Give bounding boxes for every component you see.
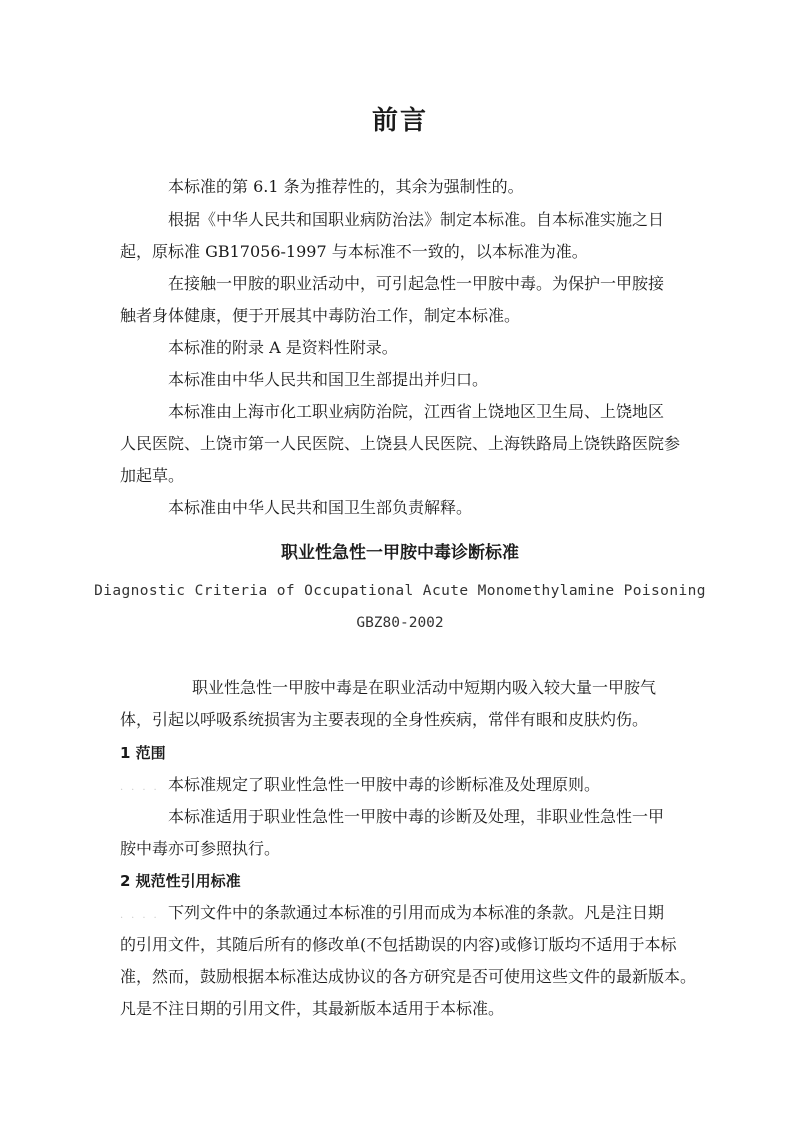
standard-code: GBZ80-2002: [0, 613, 800, 633]
foreword-title: 前言: [0, 100, 800, 137]
foreword-paragraph: 本标准的附录 A 是资料性附录。: [168, 338, 398, 358]
standard-title-en: Diagnostic Criteria of Occupational Acut…: [0, 581, 800, 601]
foreword-paragraph: 在接触一甲胺的职业活动中，可引起急性一甲胺中毒。为保护一甲胺接: [168, 274, 664, 294]
foreword-paragraph: 本标准由上海市化工职业病防治院，江西省上饶地区卫生局、上饶地区: [168, 402, 664, 422]
section-text: 本标准适用于职业性急性一甲胺中毒的诊断及处理，非职业性急性一甲: [168, 807, 664, 827]
foreword-paragraph: 根据《中华人民共和国职业病防治法》制定本标准。自本标准实施之日: [168, 210, 664, 230]
foreword-paragraph-cont: 加起草。: [120, 466, 184, 486]
section-text-cont: 胺中毒亦可参照执行。: [120, 839, 280, 859]
foreword-paragraph: 本标准的第 6.1 条为推荐性的，其余为强制性的。: [168, 177, 524, 197]
foreword-paragraph-cont: 触者身体健康，便于开展其中毒防治工作，制定本标准。: [120, 306, 520, 326]
foreword-paragraph-cont: 起，原标准 GB17056-1997 与本标准不一致的，以本标准为准。: [120, 242, 588, 262]
section-text: 下列文件中的条款通过本标准的引用而成为本标准的条款。凡是注日期: [168, 903, 664, 923]
intro-paragraph-cont: 体，引起以呼吸系统损害为主要表现的全身性疾病，常伴有眼和皮肤灼伤。: [120, 710, 648, 730]
foreword-paragraph: 本标准由中华人民共和国卫生部负责解释。: [168, 498, 472, 518]
foreword-paragraph-cont: 人民医院、上饶市第一人民医院、上饶县人民医院、上海铁路局上饶铁路医院参: [120, 434, 680, 454]
section-heading-scope: 1 范围: [120, 743, 166, 763]
intro-paragraph: 职业性急性一甲胺中毒是在职业活动中短期内吸入较大量一甲胺气: [192, 678, 656, 698]
standard-title-cn: 职业性急性一甲胺中毒诊断标准: [0, 543, 800, 563]
section-text-cont: 的引用文件，其随后所有的修改单(不包括勘误的内容)或修订版均不适用于本标: [120, 935, 677, 955]
indent-marks: ....: [120, 782, 165, 793]
section-text: 本标准规定了职业性急性一甲胺中毒的诊断标准及处理原则。: [168, 775, 600, 795]
document-page: 前言 本标准的第 6.1 条为推荐性的，其余为强制性的。 根据《中华人民共和国职…: [0, 0, 800, 1133]
section-text-cont: 准，然而，鼓励根据本标准达成协议的各方研究是否可使用这些文件的最新版本。: [120, 967, 696, 987]
foreword-paragraph: 本标准由中华人民共和国卫生部提出并归口。: [168, 370, 488, 390]
section-heading-references: 2 规范性引用标准: [120, 871, 241, 891]
section-text-cont: 凡是不注日期的引用文件，其最新版本适用于本标准。: [120, 999, 504, 1019]
indent-marks: ....: [120, 910, 165, 921]
